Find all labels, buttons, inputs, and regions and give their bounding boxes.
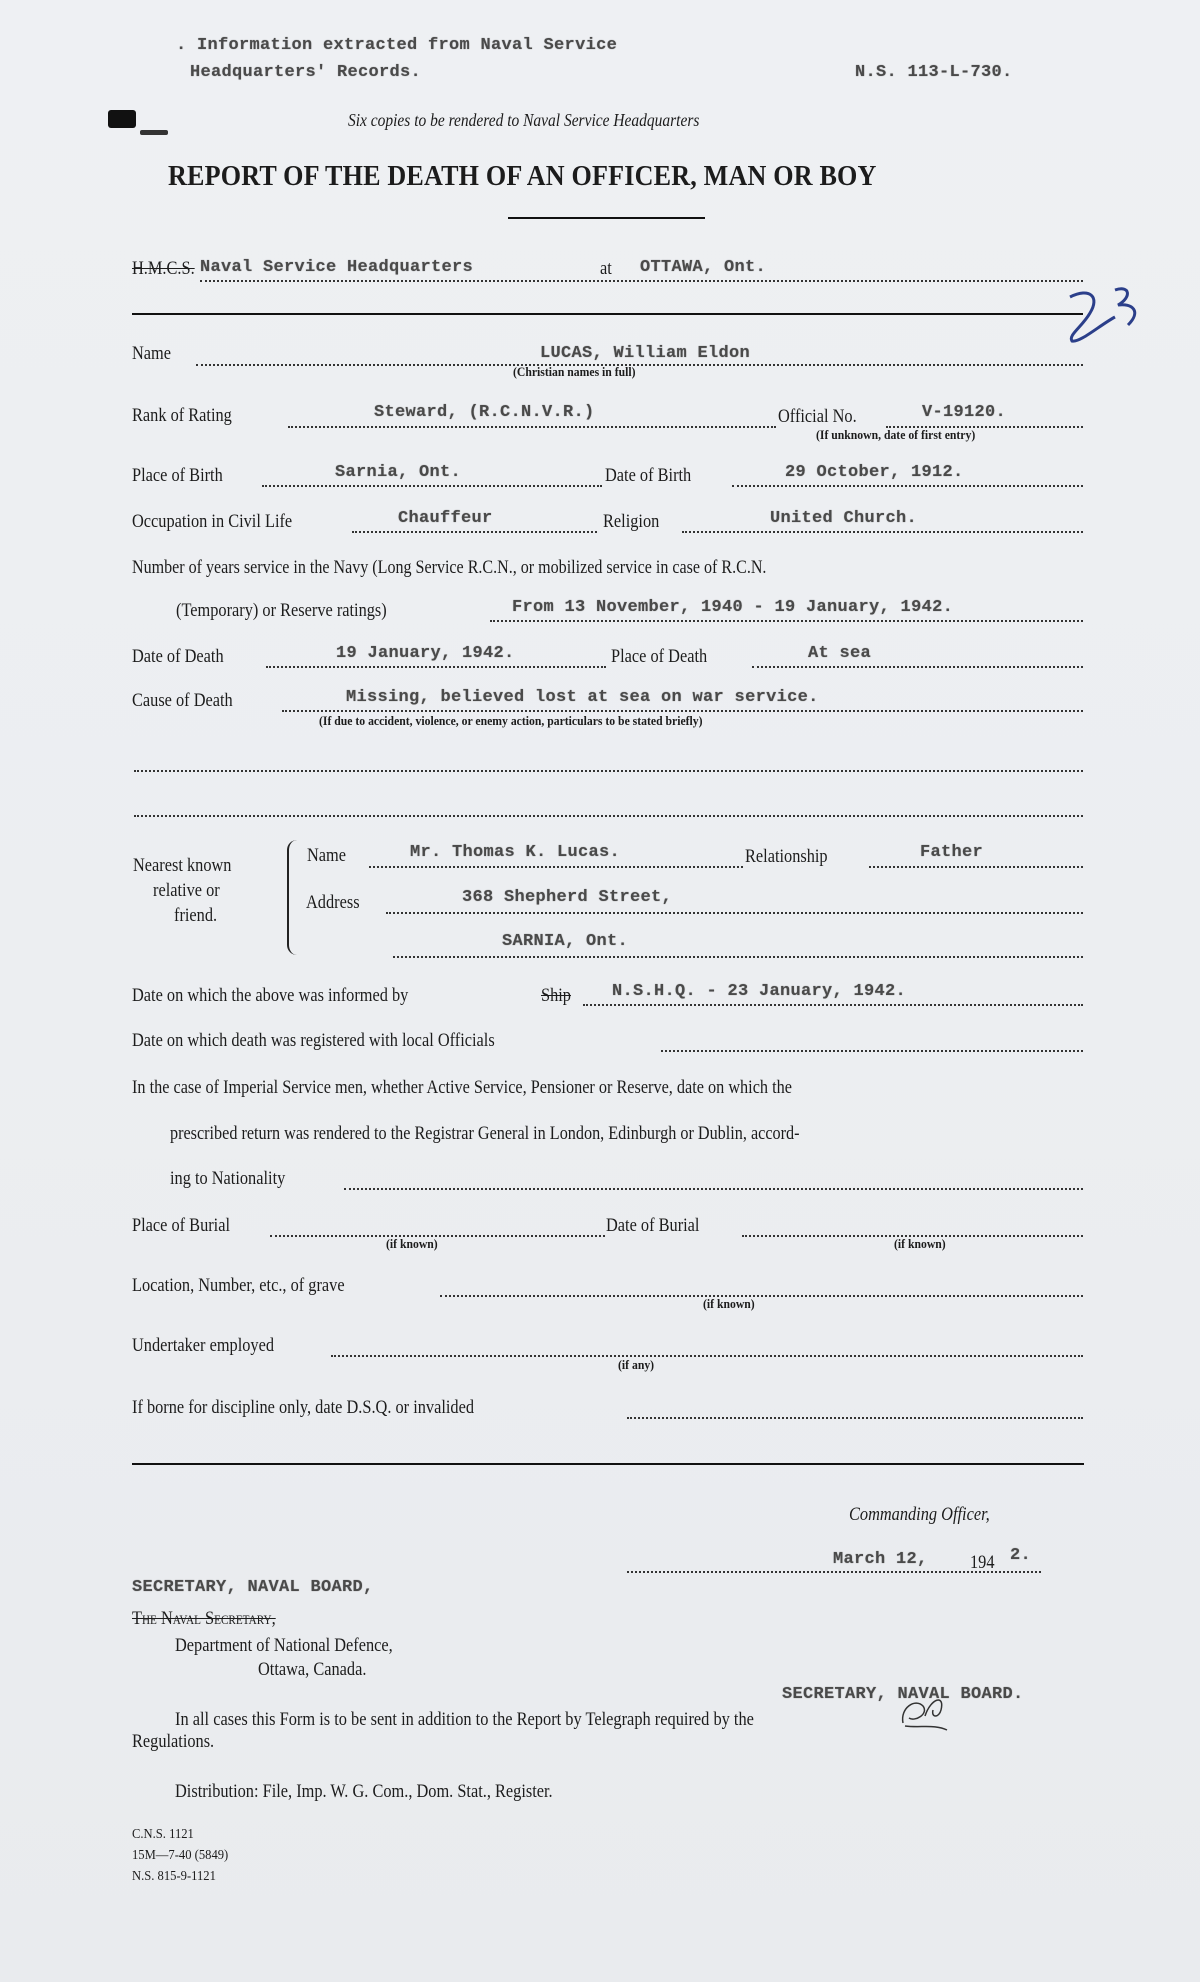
rank-label: Rank of Rating — [132, 405, 232, 427]
official-no-value: V-19120. — [922, 403, 1006, 422]
service-label-line1: Number of years service in the Navy (Lon… — [132, 557, 766, 579]
punch-hole-tear — [140, 130, 168, 135]
relative-name-value: Mr. Thomas K. Lucas. — [410, 843, 620, 862]
birth-date-value: 29 October, 1912. — [785, 463, 964, 482]
informed-value: N.S.H.Q. - 23 January, 1942. — [612, 982, 906, 1001]
imperial-line3: ing to Nationality — [170, 1168, 285, 1190]
at-label: at — [600, 258, 612, 280]
undertaker-dotted-line — [331, 1355, 1083, 1357]
distribution-line: Distribution: File, Imp. W. G. Com., Dom… — [175, 1781, 553, 1803]
birth-place-label: Place of Birth — [132, 465, 223, 487]
section-rule-bottom — [132, 1463, 1084, 1465]
cause-extra-line-1 — [134, 770, 1083, 772]
service-dotted-line — [490, 620, 1083, 622]
religion-dotted-line — [682, 531, 1083, 533]
service-label-line2: (Temporary) or Reserve ratings) — [176, 600, 387, 622]
informed-dotted-line — [583, 1004, 1083, 1006]
cause-label: Cause of Death — [132, 690, 233, 712]
birth-place-value: Sarnia, Ont. — [335, 463, 461, 482]
service-value: From 13 November, 1940 - 19 January, 194… — [512, 598, 953, 617]
burial-date-hint: (if known) — [894, 1236, 946, 1252]
burial-place-label: Place of Burial — [132, 1215, 230, 1237]
instruction-line2: Regulations. — [132, 1731, 214, 1753]
relative-name-dotted-line — [369, 866, 743, 868]
title-underline — [508, 217, 705, 219]
relationship-label: Relationship — [745, 846, 828, 868]
official-no-hint: (If unknown, date of first entry) — [816, 427, 975, 443]
death-date-dotted-line — [266, 666, 606, 668]
cause-dotted-line — [282, 710, 1083, 712]
rank-dotted-line — [288, 426, 776, 428]
discipline-label: If borne for discipline only, date D.S.Q… — [132, 1397, 474, 1419]
address-dotted-line-2 — [393, 956, 1083, 958]
ship-dotted-line — [200, 280, 1083, 282]
burial-date-label: Date of Burial — [606, 1215, 699, 1237]
hmcs-label: H.M.C.S. — [132, 258, 195, 280]
religion-label: Religion — [603, 511, 659, 533]
handwritten-page-number — [1060, 285, 1150, 355]
signature-date: March 12, — [833, 1550, 928, 1569]
death-date-label: Date of Death — [132, 646, 224, 668]
informed-label: Date on which the above was informed by — [132, 985, 408, 1007]
rank-value: Steward, (R.C.N.V.R.) — [374, 403, 595, 422]
form-code-3: N.S. 815-9-1121 — [132, 1869, 216, 1885]
occupation-dotted-line — [352, 531, 597, 533]
relationship-value: Father — [920, 843, 983, 862]
occupation-label: Occupation in Civil Life — [132, 511, 292, 533]
burial-place-hint: (if known) — [386, 1236, 438, 1252]
handwritten-initials — [895, 1688, 955, 1733]
grave-label: Location, Number, etc., of grave — [132, 1275, 345, 1297]
discipline-dotted-line — [627, 1417, 1083, 1419]
name-value: LUCAS, William Eldon — [540, 344, 750, 363]
death-date-value: 19 January, 1942. — [336, 644, 515, 663]
death-place-label: Place of Death — [611, 646, 707, 668]
punch-hole — [108, 110, 136, 128]
nationality-dotted-line — [344, 1188, 1083, 1190]
address-dotted-line-1 — [386, 912, 1083, 914]
department-label: Department of National Defence, — [175, 1635, 393, 1657]
cause-value: Missing, believed lost at sea on war ser… — [346, 688, 819, 707]
birth-place-dotted-line — [262, 485, 602, 487]
header-note-line2: Headquarters' Records. — [190, 63, 421, 82]
grave-dotted-line — [440, 1295, 1083, 1297]
relative-group-label-1: Nearest known — [133, 855, 231, 877]
relative-group-label-3: friend. — [174, 905, 217, 927]
ship-value: Naval Service Headquarters — [200, 258, 473, 277]
relative-name-label: Name — [307, 845, 346, 867]
ship-location: OTTAWA, Ont. — [640, 258, 766, 277]
printed-addressee: The Naval Secretary, — [132, 1608, 276, 1630]
grave-hint: (if known) — [703, 1296, 755, 1312]
typed-addressee: SECRETARY, NAVAL BOARD, — [132, 1578, 374, 1597]
informed-struck-word: Ship — [541, 985, 571, 1007]
address-line2: SARNIA, Ont. — [502, 932, 628, 951]
commanding-officer-label: Commanding Officer, — [849, 1504, 990, 1526]
imperial-line2: prescribed return was rendered to the Re… — [170, 1123, 799, 1145]
section-rule-top — [132, 313, 1083, 315]
form-code-1: C.N.S. 1121 — [132, 1827, 194, 1843]
instruction-line1: In all cases this Form is to be sent in … — [175, 1709, 754, 1731]
name-hint: (Christian names in full) — [513, 364, 636, 380]
name-label: Name — [132, 343, 171, 365]
imperial-line1: In the case of Imperial Service men, whe… — [132, 1077, 792, 1099]
cause-extra-line-2 — [134, 815, 1083, 817]
document-page: . Information extracted from Naval Servi… — [0, 0, 1200, 1982]
name-dotted-line — [196, 364, 1083, 366]
page-title: REPORT OF THE DEATH OF AN OFFICER, MAN O… — [168, 160, 877, 193]
form-code-2: 15M—7-40 (5849) — [132, 1848, 228, 1864]
official-no-label: Official No. — [778, 406, 857, 428]
relative-brace — [287, 840, 297, 955]
birth-date-label: Date of Birth — [605, 465, 691, 487]
registered-dotted-line — [661, 1050, 1083, 1052]
undertaker-label: Undertaker employed — [132, 1335, 274, 1357]
occupation-value: Chauffeur — [398, 509, 493, 528]
copies-note: Six copies to be rendered to Naval Servi… — [348, 110, 699, 131]
registered-label: Date on which death was registered with … — [132, 1030, 495, 1052]
relationship-dotted-line — [869, 866, 1083, 868]
cause-hint: (If due to accident, violence, or enemy … — [319, 713, 703, 729]
address-label: Address — [306, 892, 360, 914]
city-label: Ottawa, Canada. — [258, 1659, 366, 1681]
religion-value: United Church. — [770, 509, 917, 528]
header-note-line1: . Information extracted from Naval Servi… — [176, 36, 617, 55]
undertaker-hint: (if any) — [618, 1357, 654, 1373]
death-place-value: At sea — [808, 644, 871, 663]
relative-group-label-2: relative or — [153, 880, 220, 902]
birth-date-dotted-line — [732, 485, 1083, 487]
signature-year-prefix: 194 — [970, 1552, 995, 1574]
reference-number: N.S. 113-L-730. — [855, 63, 1013, 82]
signature-year-suffix: 2. — [1010, 1546, 1031, 1565]
address-line1: 368 Shepherd Street, — [462, 888, 672, 907]
death-place-dotted-line — [752, 666, 1083, 668]
